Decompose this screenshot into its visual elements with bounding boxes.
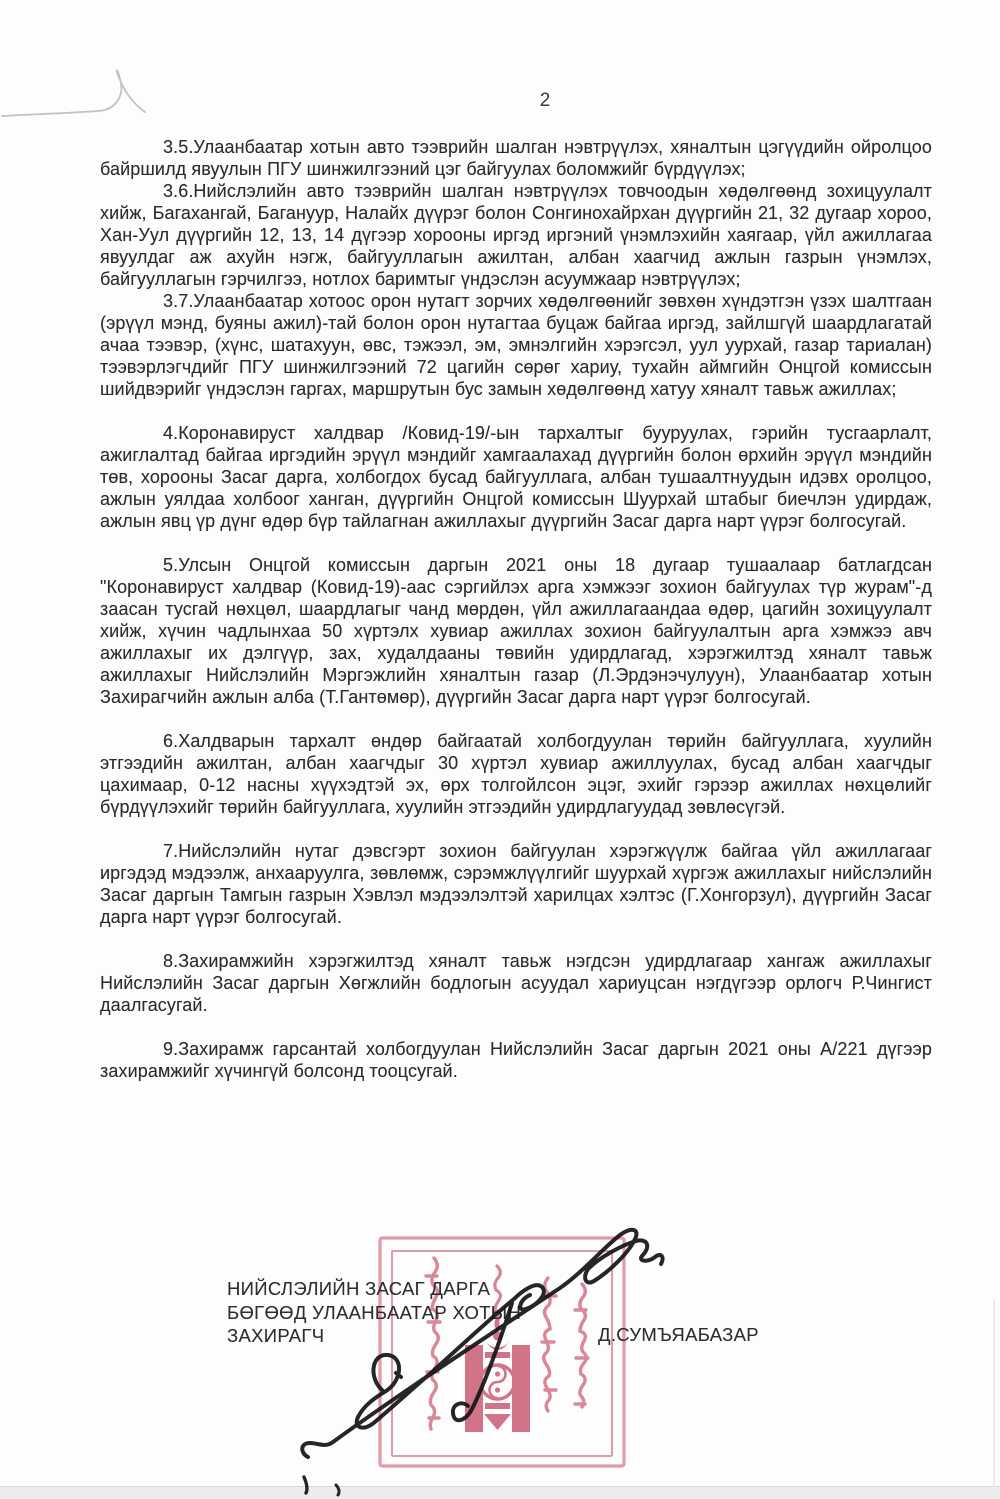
document-page: 2 3.5.Улаанбаатар хотын авто тээврийн ша…: [0, 0, 1000, 1499]
paragraph-9: 9.Захирамж гарсантай холбогдуулан Нийслэ…: [100, 1038, 932, 1082]
paragraph-8: 8.Захирамжийн хэрэгжилтэд хяналт тавьж н…: [100, 950, 932, 1016]
paragraph-3-7: 3.7.Улаанбаатар хотоос орон нутагт зорчи…: [100, 290, 932, 400]
page-edge-shadow: [993, 1300, 995, 1487]
paragraph-6: 6.Халдварын тархалт өндөр байгаатай холб…: [100, 730, 932, 818]
paragraph-3-5: 3.5.Улаанбаатар хотын авто тээврийн шалг…: [100, 136, 932, 180]
page-number: 2: [90, 90, 1000, 112]
document-body: 3.5.Улаанбаатар хотын авто тээврийн шалг…: [100, 136, 932, 1082]
paragraph-5: 5.Улсын Онцгой комиссын даргын 2021 оны …: [100, 554, 932, 708]
paragraph-3-6: 3.6.Нийслэлийн авто тээврийн шалган нэвт…: [100, 180, 932, 290]
paragraph-4: 4.Коронавируст халдвар /Ковид-19/-ын тар…: [100, 422, 932, 532]
paragraph-7: 7.Нийслэлийн нутаг дэвсгэрт зохион байгу…: [100, 840, 932, 928]
handwritten-signature-ink: [230, 1205, 680, 1499]
